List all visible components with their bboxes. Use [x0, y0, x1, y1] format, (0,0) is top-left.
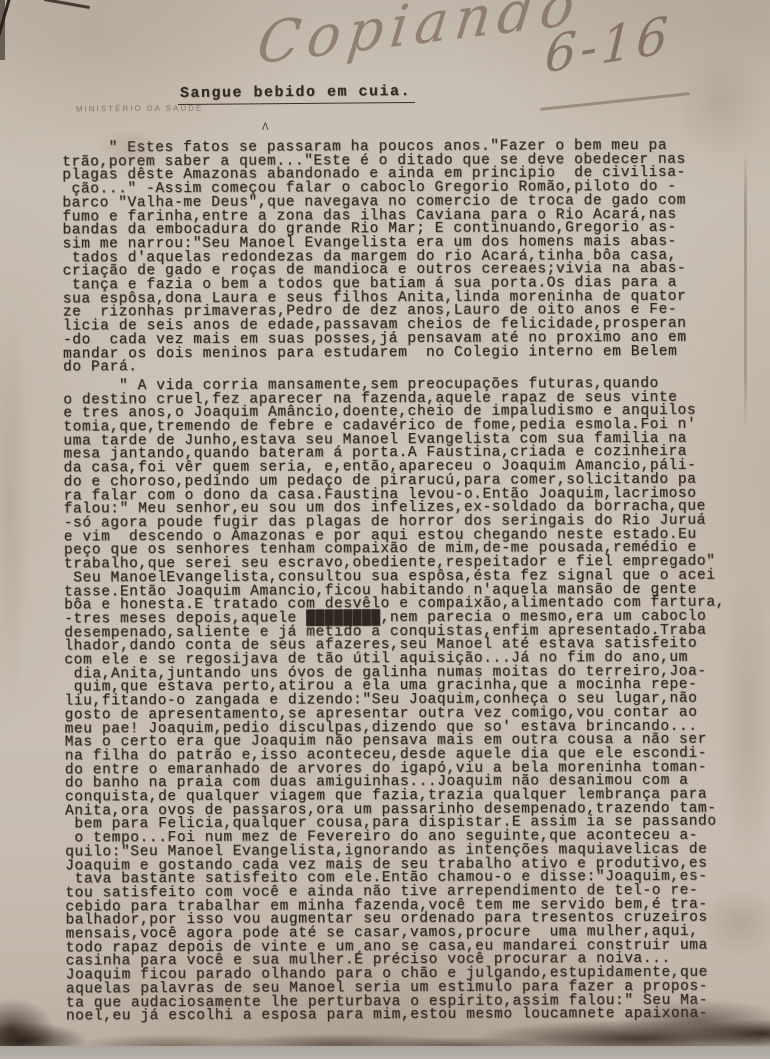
ministry-stamp: MINISTÉRIO DA SAÚDE [76, 104, 203, 114]
corner-fold-line [44, 0, 90, 8]
paper-stain [0, 300, 30, 720]
typed-text: " Estes fatos se passaram ha poucos anos… [62, 139, 756, 1024]
left-edge-tear [0, 0, 5, 60]
document-title: Sangue bebido em cuia. [178, 83, 415, 105]
handwritten-note: Copiando [254, 0, 585, 78]
paragraph: " Estes fatos se passaram ha poucos anos… [62, 139, 753, 375]
caret-mark: Λ [262, 122, 269, 134]
handwritten-underline [540, 92, 689, 111]
handwritten-page-number: 6-16 [543, 5, 673, 84]
scanner-background-strip [0, 1046, 770, 1059]
corner-fold-line [0, 0, 11, 41]
scanned-document-page: Copiando 6-16 MINISTÉRIO DA SAÚDE Sangue… [0, 0, 770, 1059]
paragraph: " A vida corria mansamente,sem preocupaç… [63, 377, 756, 1024]
text-line: noel,eu já escolhi a esposa para mim,est… [66, 1008, 756, 1025]
text-line: mandar os dois meninos para estudarem no… [63, 345, 753, 362]
